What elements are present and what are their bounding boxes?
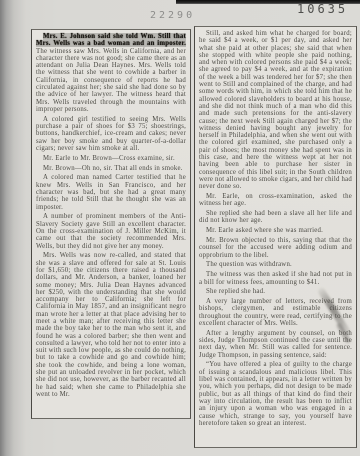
article-paragraph: Mr. Earle asked where she was married. xyxy=(199,227,352,234)
article-paragraph: A colored man named Carter testified tha… xyxy=(36,174,186,210)
article-paragraph: Mrs. Wells was now re-called, and stated… xyxy=(36,252,186,398)
article-paragraph: The witness was then asked if she had no… xyxy=(199,271,352,286)
highlighted-text: Mrs. E. Johnson said she told Wm. Still … xyxy=(36,33,186,47)
article-paragraph: The question was withdrawn. xyxy=(199,261,352,268)
article-paragraph: A number of prominent members of the Ant… xyxy=(36,213,186,249)
article-paragraph: She replied she had. xyxy=(199,288,352,295)
article-paragraph: Mr. Earle, on cross-examination, asked t… xyxy=(199,193,352,208)
article-paragraph: Mr. Earle to Mr. Brown—Cross examine, si… xyxy=(36,155,186,162)
article-paragraph: “You have offered a plea of guilty to th… xyxy=(199,361,352,427)
article-paragraph: After a lengthy argument by counsel, on … xyxy=(199,330,352,359)
article-paragraph: Still, and asked him what he charged for… xyxy=(199,30,352,191)
paragraph-text: The witness saw Mrs. Wells in California… xyxy=(36,48,186,113)
article-paragraph: A colored girl testified to seeing Mrs. … xyxy=(36,116,186,152)
newspaper-column-left: Mrs. E. Johnson said she told Wm. Still … xyxy=(31,29,191,419)
catalog-stamp-right: 10635 xyxy=(297,2,348,16)
scanned-document-page: 22290 10635 Mrs. E. Johnson said she tol… xyxy=(0,0,360,456)
catalog-stamp-left: 22290 xyxy=(150,10,195,21)
newspaper-column-right: Still, and asked him what he charged for… xyxy=(194,26,357,448)
article-paragraph: Mr. Brown objected to this, saying that … xyxy=(199,237,352,259)
article-paragraph: She replied she had been a slave all her… xyxy=(199,210,352,225)
article-paragraph: Mr. Brown—Oh no, sir. That all ends in s… xyxy=(36,165,186,172)
article-paragraph: Mrs. E. Johnson said she told Wm. Still … xyxy=(36,33,186,113)
